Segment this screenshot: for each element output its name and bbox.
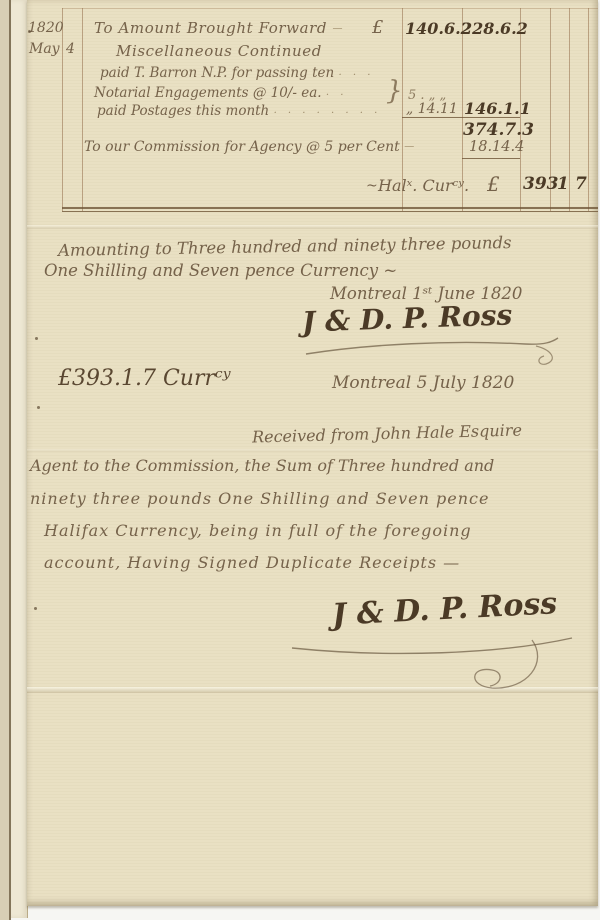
receipt-line: ninety three pounds One Shilling and Sev… [30,489,489,508]
table-column-rule [569,8,570,211]
folded-page-strip [11,0,28,918]
leader-dots: . . . [338,67,374,78]
ledger-row-desc: paid Postages this month . . . . . . . . [97,103,381,119]
total-pence: 7 [575,174,587,194]
receipt-line: Agent to the Commission, the Sum of Thre… [30,456,494,475]
table-column-rule [62,8,63,211]
amounting-line: One Shilling and Seven pence Currency ~ [44,261,397,280]
subtotal-amount: 374.7.3 [463,120,534,140]
table-top-rule [62,8,598,9]
leader-dots: . . . . . . . . [274,105,382,116]
total-shillings: 1 [557,174,569,194]
total-pounds: 393 [523,174,559,194]
ink-speck [35,337,38,340]
leader-dash: — [404,141,418,152]
receipt-amount: £393.1.7 Currᶜʸ [58,366,231,391]
amount-col1: „ 14.11 [406,101,458,117]
total-pound-sign: £ [487,172,500,196]
leader-dots: . . [326,87,348,98]
row-text: To Amount Brought Forward [94,19,327,37]
row-text: Notarial Engagements @ 10/- ea. [94,85,322,101]
table-bottom-rule [62,211,598,212]
ledger-row-desc: To Amount Brought Forward — [94,19,347,37]
commission-amount: 18.14.4 [469,139,524,155]
ledger-row-desc: paid T. Barron N.P. for passing ten . . … [100,65,374,81]
table-column-rule [588,8,589,211]
ledger-row-desc: Miscellaneous Continued [116,42,322,60]
row-text: paid T. Barron N.P. for passing ten [100,65,334,81]
ink-speck [37,406,40,409]
receipt-place-date: Montreal 5 July 1820 [332,373,514,393]
receipt-line: account, Having Signed Duplicate Receipt… [44,553,460,572]
page-binding-edge [0,0,11,920]
brace: } [386,76,403,106]
pound-sign: £ [372,17,383,38]
ink-speck [34,607,37,610]
row-text: To our Commission for Agency @ 5 per Cen… [84,139,400,155]
ledger-month: May [29,41,60,57]
ledger-row-desc: To our Commission for Agency @ 5 per Cen… [84,139,418,155]
total-label: Halˣ. Curᶜʸ. [378,176,469,195]
table-column-rule [82,8,83,211]
ledger-day: 4 [66,41,75,57]
row-text: paid Postages this month [97,103,269,119]
commission-rule [462,158,520,159]
receipt-line: Halifax Currency, being in full of the f… [44,521,472,540]
amount-col2: 146.1.1 [464,99,531,118]
ink-speck [28,30,31,33]
ledger-year: 1820 [28,20,64,36]
leader-dashes: — [333,23,347,34]
amount-col2: 228.6.2 [461,19,528,38]
total-prefix: ~ [366,178,378,194]
scanned-document: 1820 May 4 To Amount Brought Forward — £… [0,0,600,920]
ledger-row-desc: Notarial Engagements @ 10/- ea. . . [94,85,347,101]
table-bottom-rule [62,207,598,209]
